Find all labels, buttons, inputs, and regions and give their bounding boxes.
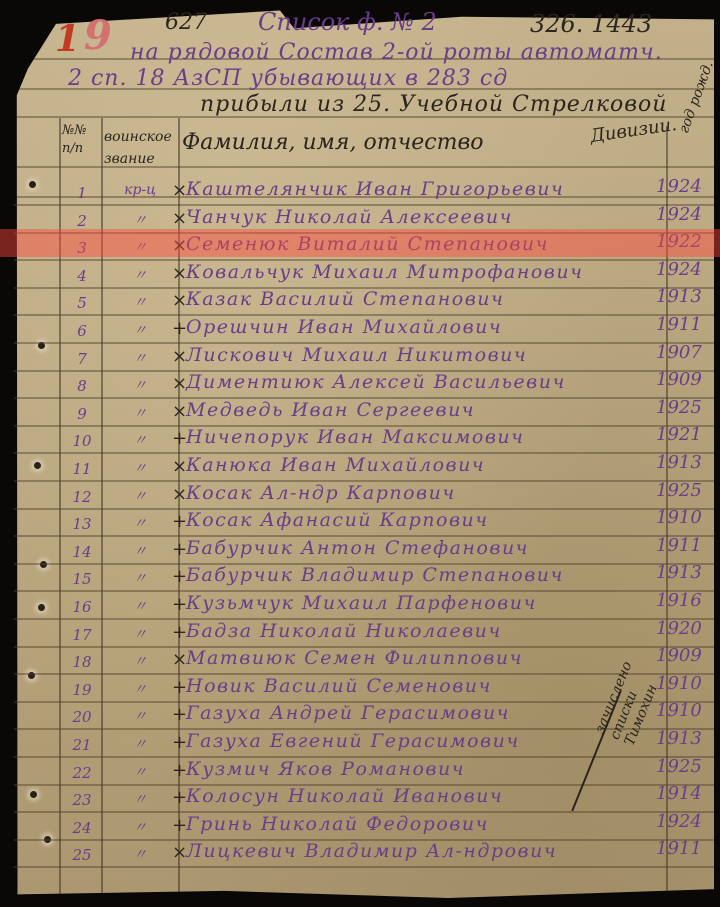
row-rank: 〃 <box>110 210 170 230</box>
ruled-line <box>14 866 714 868</box>
column-header-name: Фамилия, имя, отчество <box>182 130 484 155</box>
row-number: 2 <box>62 212 102 230</box>
row-rank: 〃 <box>110 375 170 395</box>
row-number: 9 <box>62 405 102 423</box>
row-full-name: Каштелянчик Иван Григорьевич <box>186 178 564 200</box>
row-full-name: Ничепорук Иван Максимович <box>186 426 524 448</box>
row-number: 17 <box>62 626 102 644</box>
row-number: 19 <box>62 681 102 699</box>
row-number: 22 <box>62 764 102 782</box>
row-birth-year: 1907 <box>656 342 702 363</box>
row-full-name: Канюка Иван Михайлович <box>186 454 485 476</box>
row-full-name: Казак Василий Степанович <box>186 288 504 310</box>
row-rank: 〃 <box>110 817 170 837</box>
checkmark-icon: × <box>172 649 187 670</box>
checkmark-icon: + <box>172 622 187 643</box>
row-full-name: Кузьмчук Михаил Парфенович <box>186 592 537 614</box>
row-rank: 〃 <box>110 237 170 257</box>
row-birth-year: 1909 <box>656 645 702 666</box>
row-full-name: Чанчук Николай Алексеевич <box>186 206 513 228</box>
archive-reference: 326. 1443 <box>530 10 652 38</box>
row-birth-year: 1909 <box>656 369 702 390</box>
row-full-name: Семенюк Виталий Степанович <box>186 233 549 255</box>
row-full-name: Кузмич Яков Романович <box>186 758 465 780</box>
row-number: 18 <box>62 653 102 671</box>
checkmark-icon: + <box>172 677 187 698</box>
row-number: 20 <box>62 708 102 726</box>
checkmark-icon: + <box>172 539 187 560</box>
column-header-number: №№ п/п <box>62 122 92 158</box>
pencil-page-number: 627 <box>165 10 207 35</box>
checkmark-icon: + <box>172 318 187 339</box>
row-full-name: Бабурчик Владимир Степанович <box>186 564 564 586</box>
row-rank: 〃 <box>110 706 170 726</box>
row-birth-year: 1916 <box>656 590 702 611</box>
checkmark-icon: × <box>172 842 187 863</box>
checkmark-icon: + <box>172 704 187 725</box>
row-rank: 〃 <box>110 348 170 368</box>
checkmark-icon: × <box>172 208 187 229</box>
row-rank: 〃 <box>110 679 170 699</box>
checkmark-icon: + <box>172 428 187 449</box>
checkmark-icon: + <box>172 566 187 587</box>
row-full-name: Ковальчук Михаил Митрофанович <box>186 261 583 283</box>
row-rank: 〃 <box>110 430 170 450</box>
checkmark-icon: × <box>172 484 187 505</box>
row-rank: 〃 <box>110 486 170 506</box>
checkmark-icon: + <box>172 594 187 615</box>
row-rank: 〃 <box>110 403 170 423</box>
row-full-name: Лискович Михаил Никитович <box>186 344 527 366</box>
row-full-name: Косак Афанасий Карпович <box>186 509 489 531</box>
row-birth-year: 1911 <box>656 314 702 335</box>
row-birth-year: 1924 <box>656 176 702 197</box>
row-rank: 〃 <box>110 734 170 754</box>
row-birth-year: 1913 <box>656 562 702 583</box>
heading-line-4: прибыли из 25. Учебной Стрелковой <box>200 92 667 117</box>
checkmark-icon: × <box>172 346 187 367</box>
row-full-name: Орешчин Иван Михайлович <box>186 316 502 338</box>
row-birth-year: 1925 <box>656 756 702 777</box>
checkmark-icon: × <box>172 180 187 201</box>
row-number: 14 <box>62 543 102 561</box>
checkmark-icon: + <box>172 732 187 753</box>
row-number: 4 <box>62 267 102 285</box>
row-rank: 〃 <box>110 541 170 561</box>
row-number: 16 <box>62 598 102 616</box>
checkmark-icon: × <box>172 263 187 284</box>
row-full-name: Газуха Евгений Герасимович <box>186 730 520 752</box>
checkmark-icon: × <box>172 290 187 311</box>
heading-line-3: 2 сп. 18 АзСП убывающих в 283 сд <box>68 66 508 91</box>
row-full-name: Новик Василий Семенович <box>186 675 492 697</box>
checkmark-icon: + <box>172 815 187 836</box>
row-number: 10 <box>62 432 102 450</box>
row-number: 12 <box>62 488 102 506</box>
row-birth-year: 1913 <box>656 452 702 473</box>
row-rank: 〃 <box>110 762 170 782</box>
row-rank: 〃 <box>110 789 170 809</box>
row-rank: 〃 <box>110 596 170 616</box>
row-birth-year: 1911 <box>656 838 702 859</box>
row-birth-year: 1925 <box>656 480 702 501</box>
row-rank: 〃 <box>110 458 170 478</box>
row-full-name: Газуха Андрей Герасимович <box>186 702 510 724</box>
row-rank: 〃 <box>110 651 170 671</box>
checkmark-icon: + <box>172 511 187 532</box>
pink-folio-mark: 9 <box>84 12 112 59</box>
row-birth-year: 1913 <box>656 728 702 749</box>
row-number: 25 <box>62 846 102 864</box>
row-number: 1 <box>62 184 102 202</box>
row-full-name: Колосун Николай Иванович <box>186 785 503 807</box>
column-header-rank: воинское звание <box>104 126 174 170</box>
heading-line-2: на рядовой Состав 2-ой роты автоматч. <box>130 40 663 65</box>
row-number: 23 <box>62 791 102 809</box>
row-full-name: Матвиюк Семен Филиппович <box>186 647 523 669</box>
row-birth-year: 1924 <box>656 259 702 280</box>
row-rank: 〃 <box>110 320 170 340</box>
row-number: 7 <box>62 350 102 368</box>
row-birth-year: 1911 <box>656 535 702 556</box>
checkmark-icon: × <box>172 373 187 394</box>
row-number: 15 <box>62 570 102 588</box>
row-rank: 〃 <box>110 844 170 864</box>
checkmark-icon: + <box>172 760 187 781</box>
row-rank: кр-ц <box>110 182 170 198</box>
row-number: 13 <box>62 515 102 533</box>
checkmark-icon: + <box>172 787 187 808</box>
row-full-name: Медведь Иван Сергеевич <box>186 399 475 421</box>
row-birth-year: 1910 <box>656 700 702 721</box>
row-number: 8 <box>62 377 102 395</box>
row-rank: 〃 <box>110 624 170 644</box>
row-number: 21 <box>62 736 102 754</box>
row-full-name: Лицкевич Владимир Ал-ндрович <box>186 840 557 862</box>
row-full-name: Гринь Николай Федорович <box>186 813 489 835</box>
row-full-name: Диментиюк Алексей Васильевич <box>186 371 566 393</box>
row-number: 5 <box>62 294 102 312</box>
checkmark-icon: × <box>172 401 187 422</box>
row-number: 11 <box>62 460 102 478</box>
row-full-name: Косак Ал-ндр Карпович <box>186 482 456 504</box>
row-birth-year: 1922 <box>656 231 702 252</box>
row-birth-year: 1924 <box>656 811 702 832</box>
row-birth-year: 1910 <box>656 507 702 528</box>
row-full-name: Бабурчик Антон Стефанович <box>186 537 529 559</box>
checkmark-icon: × <box>172 456 187 477</box>
red-folio-mark: 1 <box>55 18 80 60</box>
row-birth-year: 1920 <box>656 618 702 639</box>
row-birth-year: 1921 <box>656 424 702 445</box>
row-full-name: Бадза Николай Николаевич <box>186 620 502 642</box>
row-number: 24 <box>62 819 102 837</box>
row-rank: 〃 <box>110 265 170 285</box>
row-number: 3 <box>62 239 102 257</box>
row-birth-year: 1925 <box>656 397 702 418</box>
row-birth-year: 1924 <box>656 204 702 225</box>
row-rank: 〃 <box>110 513 170 533</box>
row-number: 6 <box>62 322 102 340</box>
checkmark-icon: × <box>172 235 187 256</box>
document-title: Список ф. № 2 <box>258 8 437 36</box>
row-rank: 〃 <box>110 568 170 588</box>
row-birth-year: 1914 <box>656 783 702 804</box>
row-birth-year: 1913 <box>656 286 702 307</box>
row-rank: 〃 <box>110 292 170 312</box>
